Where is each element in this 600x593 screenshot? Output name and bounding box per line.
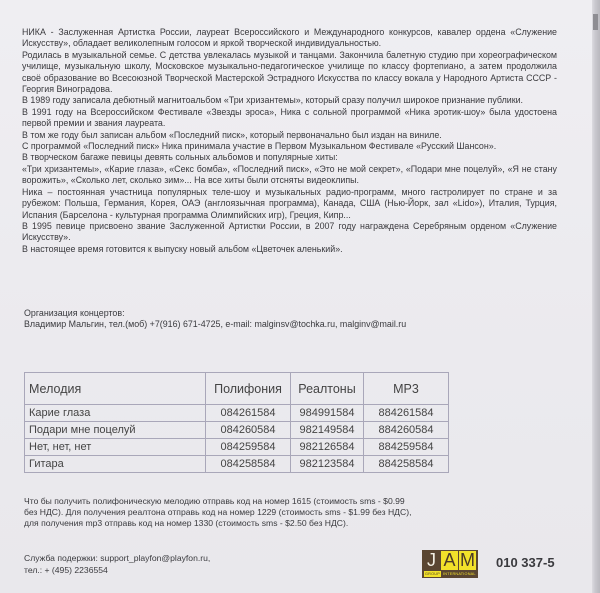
- logo-letter-m: M: [459, 551, 476, 570]
- logo-letter-j: J: [423, 551, 440, 570]
- support-contact: Служба подержки: support_playfon@playfon…: [24, 553, 210, 576]
- bio-paragraph: В 1989 году записала дебютный магнитоаль…: [22, 95, 557, 106]
- page-edge: [592, 0, 600, 593]
- page-edge-mark: [593, 14, 598, 30]
- bio-paragraph: В творческом багаже певицы девять сольны…: [22, 152, 557, 163]
- bio-paragraph: В настоящее время готовится к выпуску но…: [22, 244, 557, 255]
- sms-line: для получения mp3 отправь код на номер 1…: [24, 518, 411, 529]
- bio-paragraph: С программой «Последний писк» Ника прини…: [22, 141, 557, 152]
- realtone-code: 984991584: [291, 405, 364, 422]
- bio-paragraph: «Три хризантемы», «Карие глаза», «Секс б…: [22, 164, 557, 187]
- jam-group-logo: J A M GROUP INTERNATIONAL: [422, 550, 478, 578]
- table-row: Гитара 084258584 982123584 884258584: [25, 456, 449, 473]
- logo-group-label: GROUP: [424, 571, 441, 577]
- support-phone: тел.: + (495) 2236554: [24, 565, 210, 577]
- bio-paragraph: В 1991 году на Всероссийском Фестивале «…: [22, 107, 557, 130]
- realtone-code: 982123584: [291, 456, 364, 473]
- table-header-row: Мелодия Полифония Реалтоны MP3: [25, 373, 449, 405]
- column-header-realtones: Реалтоны: [291, 373, 364, 405]
- melody-name: Карие глаза: [25, 405, 206, 422]
- bio-paragraph: Ника – постоянная участница популярных т…: [22, 187, 557, 221]
- logo-international-label: INTERNATIONAL: [443, 571, 476, 577]
- melody-name: Подари мне поцелуй: [25, 422, 206, 439]
- table-row: Нет, нет, нет 084259584 982126584 884259…: [25, 439, 449, 456]
- mp3-code: 884259584: [364, 439, 449, 456]
- mp3-code: 884260584: [364, 422, 449, 439]
- bio-paragraph: Родилась в музыкальной семье. С детства …: [22, 50, 557, 96]
- table-row: Подари мне поцелуй 084260584 982149584 8…: [25, 422, 449, 439]
- column-header-melody: Мелодия: [25, 373, 206, 405]
- melody-name: Гитара: [25, 456, 206, 473]
- polyphony-code: 084258584: [206, 456, 291, 473]
- sms-line: без НДС). Для получения реалтона отправь…: [24, 507, 411, 518]
- mp3-code: 884258584: [364, 456, 449, 473]
- logo-subtitle: GROUP INTERNATIONAL: [423, 571, 477, 577]
- melody-name: Нет, нет, нет: [25, 439, 206, 456]
- catalog-number: 010 337-5: [496, 555, 555, 570]
- bio-paragraph: НИКА - Заслуженная Артистка России, лаур…: [22, 27, 557, 50]
- concert-organization: Организация концертов: Владимир Мальгин,…: [24, 308, 406, 331]
- sms-line: Что бы получить полифоническую мелодию о…: [24, 496, 411, 507]
- column-header-polyphony: Полифония: [206, 373, 291, 405]
- realtone-code: 982126584: [291, 439, 364, 456]
- polyphony-code: 084260584: [206, 422, 291, 439]
- mp3-code: 884261584: [364, 405, 449, 422]
- support-email: Служба подержки: support_playfon@playfon…: [24, 553, 210, 565]
- organization-label: Организация концертов:: [24, 308, 406, 319]
- ringtone-codes-table: Мелодия Полифония Реалтоны MP3 Карие гла…: [24, 372, 449, 473]
- column-header-mp3: MP3: [364, 373, 449, 405]
- organization-contact: Владимир Мальгин, тел.(моб) +7(916) 671-…: [24, 319, 406, 330]
- table-row: Карие глаза 084261584 984991584 88426158…: [25, 405, 449, 422]
- sms-instructions: Что бы получить полифоническую мелодию о…: [24, 496, 411, 529]
- polyphony-code: 084259584: [206, 439, 291, 456]
- realtone-code: 982149584: [291, 422, 364, 439]
- bio-paragraph: В том же году был записан альбом «Послед…: [22, 130, 557, 141]
- polyphony-code: 084261584: [206, 405, 291, 422]
- logo-letter-a: A: [441, 551, 458, 570]
- bio-paragraph: В 1995 певице присвоено звание Заслуженн…: [22, 221, 557, 244]
- biography-text: НИКА - Заслуженная Артистка России, лаур…: [22, 27, 557, 255]
